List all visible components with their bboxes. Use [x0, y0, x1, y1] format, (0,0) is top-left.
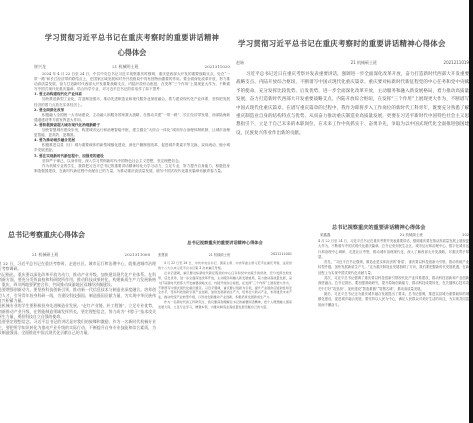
- paragraph: 三是要坚定理想信念。习近平总书记的讲话是对我们的鼓舞和激励，作为一名新时代机械专…: [0, 319, 156, 335]
- author-name: 梁鑫鑫: [320, 233, 331, 238]
- doc-body: 4 月 22 日至 24 日，中共中央总书记、国家主席、中央军委主席习近平在重庆…: [158, 261, 292, 310]
- paragraph: 4 月 22 日，习近平总书记在重庆考察时，走进社区、城市运行和治理中心，就推进…: [0, 261, 156, 272]
- document-page-5: 总书记视察重庆的重要讲话精神心得体会 梁鑫鑫 21 机械硕士班 202 4 月 …: [318, 224, 469, 344]
- doc-title: 总书记视察重庆的重要讲话精神心得体会: [158, 240, 292, 246]
- paragraph: 积极融入全国统一大市场建设，主动融入和服务国家重大战略，在推动共建“一带一路”、…: [34, 113, 230, 123]
- paragraph: 4 月 22 日至 24 日，中共中央总书记、国家主席、中央军委主席习近平在重庆…: [158, 261, 292, 271]
- paragraph: 作为机械专业的学生，我将把习近平总书记的重要讲话精神转化为学习动力，立足专业，努…: [34, 164, 230, 174]
- student-id: 2021211019: [444, 60, 469, 66]
- paragraph: 作为一名新时代的工科研究生，我们要深刻理解总书记的重要讲话精神，把个人理想融入国…: [158, 300, 292, 310]
- doc-meta: 张慧源 21 机械硕士班 2021211001: [158, 252, 292, 257]
- author-name: 赵旸: [236, 60, 244, 66]
- doc-title-line1: 学习贯彻习近平总书记在重庆考察时的重要讲话精神: [34, 33, 230, 43]
- class-name: 21 机械硕士班: [351, 60, 377, 66]
- doc-title: 总书记考察重庆心得体会: [0, 230, 158, 240]
- doc-body: 习近平总书记近日在重庆考察并发表重要讲话，强调进一步全面深化改革开放，奋力打造新…: [236, 71, 469, 138]
- paragraph: 二是机械专业的学生要积极投身先进制造业发展，“走红产业链、补工程链”，立足专业优…: [0, 303, 156, 319]
- paragraph: 首先，“习近平总书记强调，制造业是实体经济的‘脊梁’，重庆要以科技创新为引领，推…: [318, 260, 469, 276]
- paragraph: 2024 年 4 月 22 日至 24 日，中共中央总书记习近平视察重庆时强调，…: [34, 72, 230, 92]
- doc-body: 2024 年 4 月 22 日至 24 日，中共中央总书记习近平视察重庆时强调，…: [34, 72, 230, 174]
- doc-title-line2: 心得体会: [34, 48, 230, 58]
- doc-meta: 崔兴龙 21 机械明士班 2021311020: [34, 64, 230, 70]
- right-edge-border: [469, 0, 473, 423]
- doc-body: 4 月 22 日至 24 日，习近平总书记在重庆考察并发表重要讲话，强调重庆要在…: [318, 239, 469, 308]
- author-name: 崔兴龙: [34, 64, 46, 70]
- paragraph: 习近平总书记近日在重庆考察并发表重要讲话，强调进一步全面深化改革开放，奋力打造新…: [236, 71, 469, 138]
- paragraph: 总书记指出，重庆要以深化改革开放为动力，推动产业升级，加快建设现代化产业体系。在…: [0, 272, 156, 288]
- student-id: 2021311008: [125, 252, 150, 258]
- document-page-2: 学习贯彻习近平总书记在重庆考察时的重要讲话精神心得体会 赵旸 21 机械硕士班 …: [236, 38, 469, 168]
- doc-meta: 赵旸 21 机械硕士班 2021211019: [236, 60, 469, 66]
- class-name: 21 机械硕士班: [32, 252, 58, 258]
- student-id: 202: [462, 233, 469, 238]
- student-id: 2021311020: [205, 64, 230, 70]
- doc-meta: 21 机械硕士班 2021311008: [0, 252, 158, 258]
- document-page-4: 总书记视察重庆的重要讲话精神心得体会 张慧源 21 机械硕士班 20212110…: [158, 240, 292, 360]
- author-name: 张慧源: [158, 252, 168, 257]
- class-name: 21 机械硕士班: [209, 252, 231, 257]
- paragraph: 积极推进以县（区）城为重要载体的新型城镇化建设，深化户籍制度改革，促进城乡要素平…: [34, 143, 230, 153]
- paragraph: 总书记强调，重庆要对标新时代新征程党的中心任务和党中央赋予的使命，充分发挥比较优…: [158, 271, 292, 300]
- document-page-3: 总书记考察重庆心得体会 21 机械硕士班 2021311008 4 月 22 日…: [0, 228, 158, 378]
- paragraph: 加快智慧城市建设步伐，构建城市运行和治理智能中枢，建立健全“大综合一体化”城市综…: [34, 128, 230, 138]
- class-name: 21 机械明士班: [112, 64, 138, 70]
- document-page-1: 学习贯彻习近平总书记在重庆考察时的重要讲话精神 心得体会 崔兴龙 21 机械明士…: [34, 30, 230, 182]
- paragraph: 其次，习近平总书记强调了重庆要以科技创新引领现代化产业体系建设，推动科技创新和产…: [318, 276, 469, 292]
- doc-title: 总书记视察重庆的重要讲话精神心得体会: [318, 224, 469, 231]
- paragraph: 4 月 22 日至 24 日，习近平总书记在重庆考察并发表重要讲话，强调重庆要在…: [318, 239, 469, 260]
- class-name: 21 机械硕士班: [400, 233, 423, 238]
- paragraph: 加快推进新型工业化，打造制造强市，推动先进制造业和现代服务业深度融合，着力建设现…: [34, 97, 230, 107]
- doc-title: 学习贯彻习近平总书记在重庆考察时的重要讲话精神心得体会: [236, 38, 469, 49]
- paragraph: 一是要增强创新动力。要坚持科技创新引领，推动新一代信息技术与制造业深度融合。培养…: [0, 287, 156, 303]
- doc-body: 4 月 22 日，习近平总书记在重庆考察时，走进社区、城市运行和治理中心，就推进…: [0, 261, 156, 335]
- paragraph: 最后，习近平总书记还为重庆城乡融合发展提出了要求。总书记强调，推进以县城为重要载…: [318, 292, 469, 308]
- student-id: 2021211001: [271, 252, 292, 257]
- doc-meta: 梁鑫鑫 21 机械硕士班 202: [318, 233, 469, 238]
